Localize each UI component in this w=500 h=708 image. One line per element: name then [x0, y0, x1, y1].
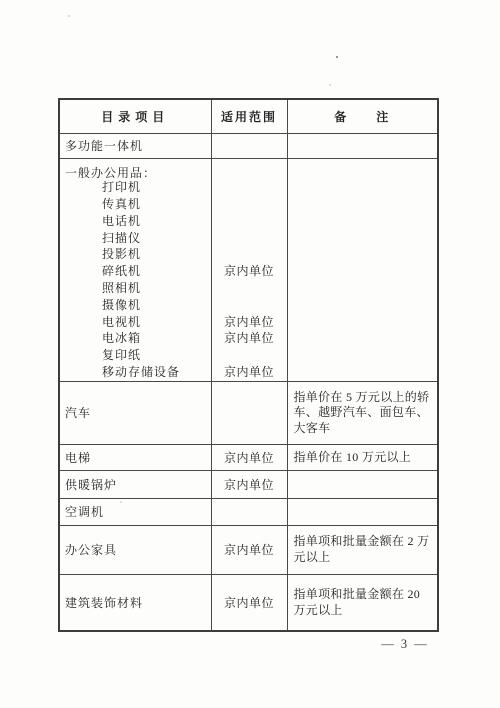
- catalog-table: 目录项目 适用范围 备 注 多功能一体机 一般办公用品： 打印机 传真机 电话机…: [58, 98, 439, 632]
- header-catalog-items: 目录项目: [59, 99, 211, 133]
- sub-item-scope: [212, 179, 287, 196]
- row-item-label: 办公家具: [59, 525, 211, 574]
- row-scope: 京内单位: [211, 525, 287, 574]
- sub-item-label: 电冰箱: [60, 330, 211, 347]
- sub-item-label: 传真机: [60, 196, 211, 213]
- row-note: [287, 498, 438, 525]
- row-note: 指单项和批量金额在 2 万元以上: [287, 525, 438, 574]
- catalog-table-container: 目录项目 适用范围 备 注 多功能一体机 一般办公用品： 打印机 传真机 电话机…: [58, 98, 439, 632]
- table-row: 汽车 指单价在 5 万元以上的轿车、越野汽车、面包车、大客车: [59, 381, 438, 444]
- header-remarks: 备 注: [287, 99, 438, 133]
- group-items-cell: 一般办公用品： 打印机 传真机 电话机 扫描仪 投影机 碎纸机 照相机 摄像机 …: [59, 158, 211, 381]
- table-row: 电梯 京内单位 指单价在 10 万元以上: [59, 444, 438, 470]
- row-item-label: 电梯: [59, 444, 211, 470]
- row-item-label: 汽车: [59, 381, 211, 444]
- sub-item-scope: 京内单位: [212, 330, 287, 347]
- group-note-cell: [287, 158, 438, 381]
- table-row: 供暖锅炉 京内单位: [59, 470, 438, 498]
- sub-item-label: 摄像机: [60, 297, 211, 314]
- sub-item-scope: 京内单位: [212, 364, 287, 381]
- row-scope: [211, 381, 287, 444]
- row-scope: [211, 498, 287, 525]
- sub-item-scope: 京内单位: [212, 314, 287, 331]
- scan-speck: [329, 84, 331, 86]
- row-scope: 京内单位: [211, 444, 287, 470]
- row-note: [287, 470, 438, 498]
- header-applicable-scope: 适用范围: [211, 99, 287, 133]
- table-row-group: 一般办公用品： 打印机 传真机 电话机 扫描仪 投影机 碎纸机 照相机 摄像机 …: [59, 158, 438, 381]
- row-scope: 京内单位: [211, 470, 287, 498]
- row-item-label: 多功能一体机: [59, 133, 211, 158]
- sub-item-scope: [212, 163, 287, 180]
- sub-item-label: 照相机: [60, 280, 211, 297]
- sub-item-label: 碎纸机: [60, 263, 211, 280]
- row-note: [287, 133, 438, 158]
- sub-item-label: 投影机: [60, 246, 211, 263]
- sub-item-scope: [212, 246, 287, 263]
- sub-item-scope: [212, 196, 287, 213]
- row-item-label: 供暖锅炉: [59, 470, 211, 498]
- row-note: 指单价在 5 万元以上的轿车、越野汽车、面包车、大客车: [287, 381, 438, 444]
- sub-item-scope: [212, 230, 287, 247]
- sub-item-label: 电视机: [60, 314, 211, 331]
- table-row: 多功能一体机: [59, 133, 438, 158]
- scan-speck: [336, 56, 338, 58]
- sub-item-scope: [212, 297, 287, 314]
- sub-item-scope: [212, 347, 287, 364]
- sub-item-label: 复印纸: [60, 347, 211, 364]
- page-number: — 3 —: [366, 637, 444, 652]
- document-page: 目录项目 适用范围 备 注 多功能一体机 一般办公用品： 打印机 传真机 电话机…: [0, 0, 500, 708]
- row-item-label: 空调机: [59, 498, 211, 525]
- group-label: 一般办公用品：: [60, 163, 211, 180]
- sub-item-label: 打印机: [60, 179, 211, 196]
- sub-item-scope: 京内单位: [212, 263, 287, 280]
- table-row: 建筑装饰材料 京内单位 指单项和批量金额在 20 万元以上: [59, 574, 438, 631]
- group-scope-cell: 京内单位 京内单位 京内单位 京内单位: [211, 158, 287, 381]
- sub-item-label: 电话机: [60, 213, 211, 230]
- table-row: 办公家具 京内单位 指单项和批量金额在 2 万元以上: [59, 525, 438, 574]
- table-row: 空调机: [59, 498, 438, 525]
- sub-item-scope: [212, 213, 287, 230]
- sub-item-label: 扫描仪: [60, 230, 211, 247]
- row-note: 指单项和批量金额在 20 万元以上: [287, 574, 438, 631]
- row-item-label: 建筑装饰材料: [59, 574, 211, 631]
- row-note: 指单价在 10 万元以上: [287, 444, 438, 470]
- row-scope: 京内单位: [211, 574, 287, 631]
- table-header-row: 目录项目 适用范围 备 注: [59, 99, 438, 133]
- row-scope: [211, 133, 287, 158]
- sub-item-scope: [212, 280, 287, 297]
- scan-speck: [68, 15, 70, 17]
- sub-item-label: 移动存储设备: [60, 364, 211, 381]
